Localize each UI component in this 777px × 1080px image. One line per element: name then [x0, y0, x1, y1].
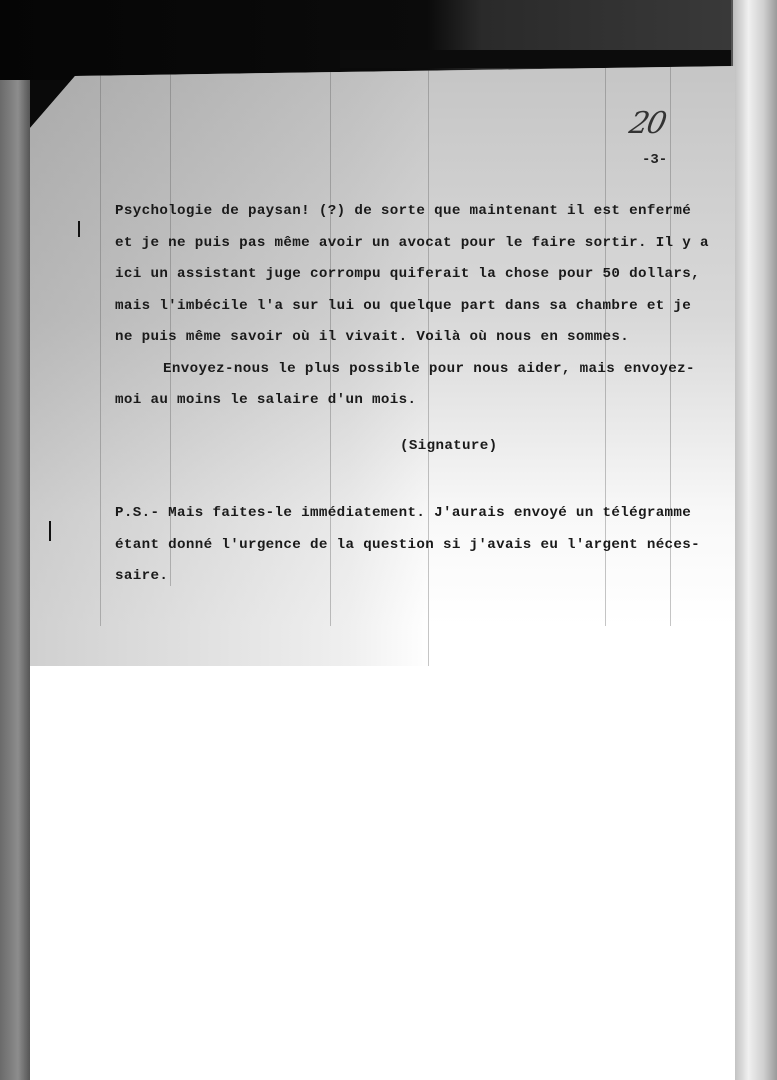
margin-mark — [78, 221, 80, 237]
margin-mark — [49, 521, 51, 541]
book-left-edge — [0, 80, 30, 1080]
postscript-line: étant donné l'urgence de la question si … — [115, 530, 715, 562]
body-line: ne puis même savoir où il vivait. Voilà … — [115, 322, 715, 354]
document-page: 20 -3- Psychologie de paysan! (?) de sor… — [30, 66, 735, 1080]
scan-shadow-strip — [340, 50, 735, 68]
body-line: moi au moins le salaire d'un mois. — [115, 385, 715, 417]
body-line: ici un assistant juge corrompu quiferait… — [115, 259, 715, 291]
scan-streak — [100, 66, 101, 626]
body-line: et je ne puis pas même avoir un avocat p… — [115, 228, 715, 260]
body-line: mais l'imbécile l'a sur lui ou quelque p… — [115, 291, 715, 323]
letter-body: Psychologie de paysan! (?) de sorte que … — [115, 196, 715, 593]
body-line: Envoyez-nous le plus possible pour nous … — [115, 354, 715, 386]
body-line: Psychologie de paysan! (?) de sorte que … — [115, 196, 715, 228]
book-binding-edge — [731, 0, 777, 1080]
postscript-line: P.S.- Mais faites-le immédiatement. J'au… — [115, 498, 715, 530]
signature-placeholder: (Signature) — [115, 431, 715, 463]
typed-page-mark: -3- — [642, 152, 667, 168]
postscript: P.S.- Mais faites-le immédiatement. J'au… — [115, 498, 715, 593]
postscript-line: saire. — [115, 561, 715, 593]
